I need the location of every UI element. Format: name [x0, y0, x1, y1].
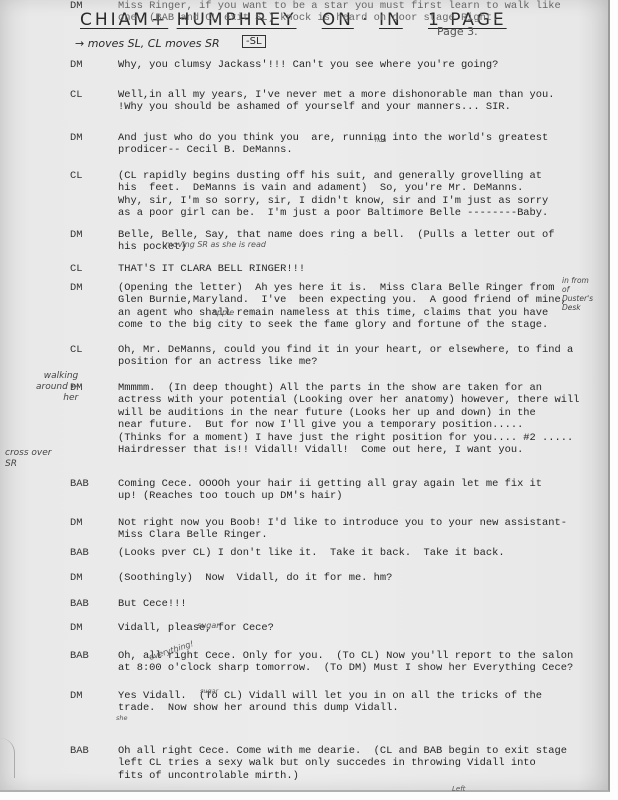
movement-note: → moves SL, CL moves SR	[75, 37, 220, 50]
speaker-label: DM	[70, 690, 82, 702]
dialogue-line: THAT'S IT CLARA BELL RINGER!!!	[118, 263, 568, 275]
dialogue-line: And just who do you think you are, runni…	[118, 132, 568, 144]
dialogue-line: Vidall, please, for Cece?	[118, 622, 568, 634]
cl-annotation: she	[116, 714, 128, 722]
speaker-label: BAB	[70, 547, 89, 559]
speaker-label: DM	[70, 0, 82, 12]
dialogue-line: left CL tries a sexy walk but only succe…	[118, 757, 568, 769]
dialogue-line: his feet. DeManns is vain and adament) S…	[118, 182, 568, 194]
walking-annotation: walking around ← her	[36, 371, 78, 404]
dialogue-line: (CL rapidly begins dusting off his suit,…	[118, 170, 568, 182]
dialogue-line: prodicer-- Cecil B. DeManns.	[118, 144, 568, 156]
dialogue-line: (Thinks for a moment) I have just the ri…	[118, 432, 568, 444]
dialogue-line: Well,in all my years, I've never met a m…	[118, 89, 568, 101]
dialogue-line: Why, you clumsy Jackass'!!! Can't you se…	[118, 59, 568, 71]
dialogue-line: will be auditions in the near future (Lo…	[118, 407, 568, 419]
dialogue-line: Coming Cece. OOOOh your hair ii getting …	[118, 478, 568, 490]
dialogue-line: Miss Ringer, if you want to be a star yo…	[118, 0, 568, 12]
sir-annotation: hon	[375, 137, 386, 144]
speaker-label: DM	[70, 622, 82, 634]
speaker-label: CL	[70, 263, 82, 275]
dialogue-line: up! (Reaches too touch up DM's hair)	[118, 490, 568, 502]
page-number: Page 3.	[437, 25, 478, 38]
left-annotation: Left	[452, 785, 465, 793]
dialogue-line: come to the big city to seek the fame gl…	[118, 319, 568, 331]
dialogue-line: !Why you should be ashamed of yourself a…	[118, 101, 568, 113]
speaker-label: BAB	[70, 598, 89, 610]
dialogue-line: position for an actress like me?	[118, 356, 568, 368]
speaker-label: BAB	[70, 650, 89, 662]
dialogue-line: (Opening the letter) Ah yes here it is. …	[118, 282, 568, 294]
page-curl	[0, 738, 15, 778]
cross-annotation: cross over SR	[5, 448, 51, 470]
speaker-label: DM	[70, 572, 82, 584]
moving-annotation: moving SR as she is read	[165, 240, 266, 249]
speaker-label: DM	[70, 229, 82, 241]
dialogue-line: Why, sir, I'm so sorry, sir, I didn't kn…	[118, 195, 568, 207]
dialogue-line: Yes Vidall. (To CL) Vidall will let you …	[118, 690, 568, 702]
dialogue-line: fits of uncontrolable mirth.)	[118, 770, 568, 782]
speaker-label: CL	[70, 170, 82, 182]
apple-annotation: apple	[212, 308, 234, 317]
dialogue-line: Not right now you Boob! I'd like to intr…	[118, 517, 568, 529]
dialogue-line: Oh, all right Cece. Only for you. (To CL…	[118, 650, 568, 662]
speaker-label: BAB	[70, 745, 89, 757]
dialogue-line: Miss Clara Belle Ringer.	[118, 529, 568, 541]
dialogue-line: (Looks pver CL) I don't like it. Take it…	[118, 547, 568, 559]
dialogue-line: trade. Now show her around this dump Vid…	[118, 702, 568, 714]
speaker-label: DM	[70, 59, 82, 71]
speaker-label: DM	[70, 132, 82, 144]
speaker-label: CL	[70, 344, 82, 356]
right-margin-annotation: in from of Duster's Desk	[562, 276, 593, 312]
dialogue-line: Mmmmm. (In deep thought) All the parts i…	[118, 382, 568, 394]
dialogue-line: actress with your potential (Looking ove…	[118, 394, 568, 406]
sugar-annotation-1: sugar	[197, 621, 220, 630]
speaker-label: BAB	[70, 478, 89, 490]
sugar-annotation-2: sugar	[200, 687, 218, 695]
dialogue-line: one. (BAB and CL exit SL) knock is heard…	[118, 12, 568, 24]
dialogue-line: But Cece!!!	[118, 598, 568, 610]
dialogue-line: as a poor girl can be. I'm just a poor B…	[118, 207, 568, 219]
speaker-label: DM	[70, 282, 82, 294]
dialogue-line: Hairdresser that is!! Vidall! Vidall! Co…	[118, 444, 568, 456]
dialogue-line: an agent who shall remain nameless at th…	[118, 307, 568, 319]
dialogue-line: Glen Burnie,Maryland. I've been expectin…	[118, 294, 568, 306]
speaker-label: CL	[70, 89, 82, 101]
dialogue-line: (Soothingly) Now Vidall, do it for me. h…	[118, 572, 568, 584]
script-page: CHIAM+ HUMPHREY ON · IN 1 PAGE Page 3. →…	[0, 0, 610, 792]
speaker-label: DM	[70, 517, 82, 529]
dialogue-line: at 8:00 o'clock sharp tomorrow. (To DM) …	[118, 662, 568, 674]
boxed-note: -SL	[242, 35, 266, 48]
dialogue-line: near future. But for now I'll give you a…	[118, 419, 568, 431]
dialogue-line: Oh, Mr. DeManns, could you find it in yo…	[118, 344, 568, 356]
dialogue-line: Oh all right Cece. Come with me dearie. …	[118, 745, 568, 757]
